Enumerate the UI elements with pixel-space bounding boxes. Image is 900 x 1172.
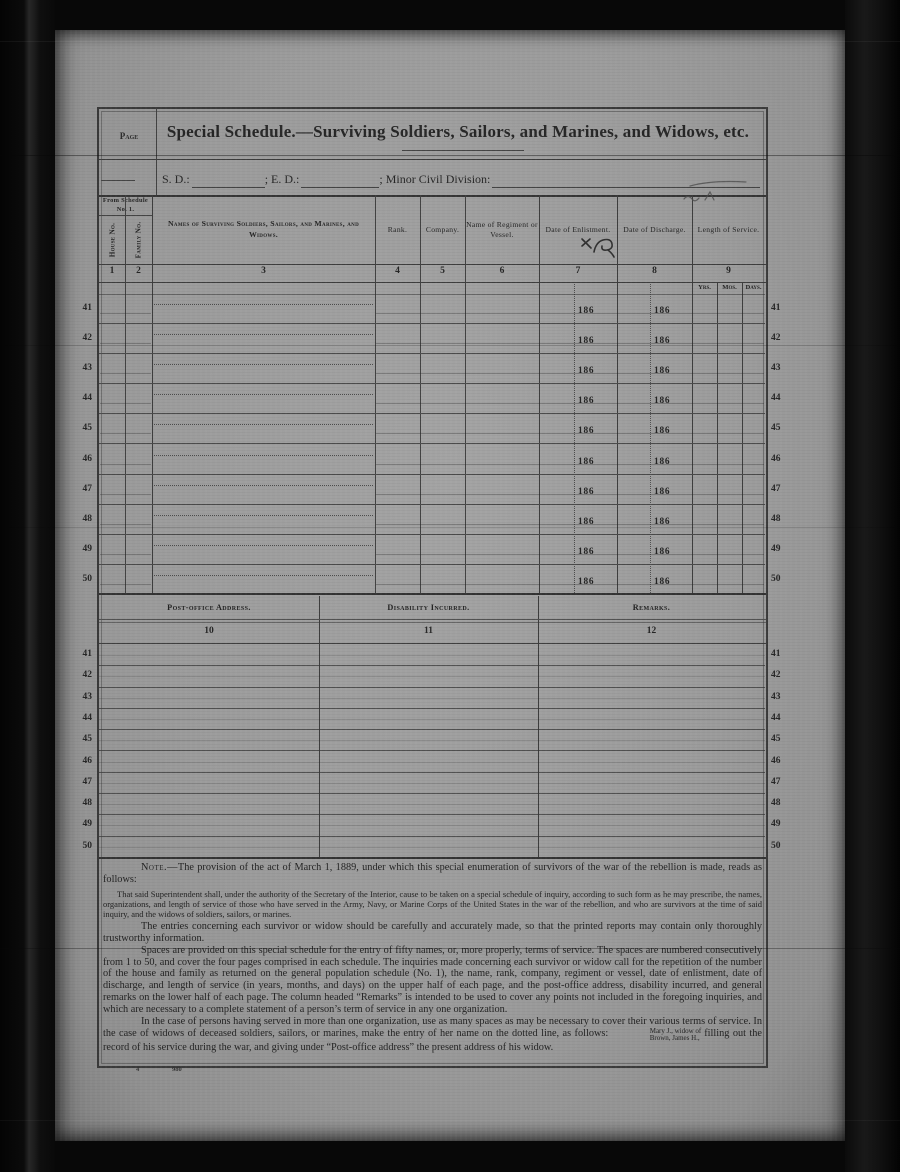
table1-bottom-rule <box>99 593 766 595</box>
row-number-right: 46 <box>771 452 797 466</box>
name-dotted-line <box>154 394 373 395</box>
name-dotted-line <box>154 545 373 546</box>
footer-mark-2: 980 <box>172 1066 182 1073</box>
entry-line <box>99 847 765 848</box>
row-number-right: 47 <box>771 775 797 789</box>
schedule-row: 186186 <box>99 535 765 565</box>
vertical-column-header: House No. <box>99 216 125 264</box>
schedule-row: 186186 <box>99 354 765 384</box>
note-paragraph-4: In the case of persons having served in … <box>103 1016 762 1054</box>
entry-line <box>376 403 764 404</box>
row-number-left: 45 <box>66 421 92 435</box>
column-number: 1 <box>99 266 125 276</box>
schedule-row: 186186 <box>99 475 765 505</box>
row-number-left: 49 <box>66 817 92 831</box>
table2-numrow-rule <box>99 643 766 644</box>
table2-column-number: 11 <box>319 626 538 636</box>
ed-blank <box>301 172 379 188</box>
form-title: Special Schedule.—Surviving Soldiers, Sa… <box>156 122 760 142</box>
entry-line <box>376 373 764 374</box>
column-label: House No. <box>108 223 116 258</box>
entry-line <box>99 762 765 763</box>
entry-line <box>100 403 151 404</box>
ed-label: ; E. D.: <box>265 172 302 188</box>
entry-line <box>100 554 151 555</box>
district-fields-row: S. D.: ; E. D.: ; Minor Civil Division: <box>162 164 760 188</box>
footer-mark-1: 4 <box>136 1066 139 1073</box>
address-row <box>99 645 765 666</box>
table2-bottom-rule <box>99 857 766 859</box>
column-number: 6 <box>465 266 539 276</box>
note-body: The provision of the act of March 1, 188… <box>103 862 762 885</box>
enlistment-year-prefix: 186 <box>578 576 594 588</box>
enlistment-year-prefix: 186 <box>578 546 594 558</box>
table2-column-number: 10 <box>99 626 319 636</box>
row-number-right: 45 <box>771 732 797 746</box>
address-row <box>99 752 765 773</box>
sd-blank <box>192 172 265 188</box>
length-sub-header: Mos. <box>717 284 742 291</box>
row-number-right: 50 <box>771 839 797 853</box>
page-cell-divider <box>156 109 157 195</box>
page-number-blank <box>101 180 135 181</box>
row-number-left: 45 <box>66 732 92 746</box>
row-number-right: 43 <box>771 361 797 375</box>
schedule-row: 186186 <box>99 384 765 414</box>
row-number-right: 47 <box>771 482 797 496</box>
discharge-year-prefix: 186 <box>654 395 670 407</box>
note-lead: Note.— <box>141 862 178 873</box>
discharge-year-prefix: 186 <box>654 335 670 347</box>
discharge-year-prefix: 186 <box>654 516 670 528</box>
column-header: Date of Discharge. <box>618 199 691 261</box>
scan-background-left <box>0 0 55 1172</box>
row-number-right: 48 <box>771 796 797 810</box>
address-row <box>99 666 765 687</box>
column-number: 2 <box>125 266 152 276</box>
entry-line <box>100 373 151 374</box>
row-number-left: 41 <box>66 647 92 661</box>
column-number: 4 <box>375 266 420 276</box>
row-number-left: 43 <box>66 690 92 704</box>
row-number-left: 42 <box>66 331 92 345</box>
enlistment-year-prefix: 186 <box>578 305 594 317</box>
name-dotted-line <box>154 485 373 486</box>
enlistment-year-prefix: 186 <box>578 365 594 377</box>
column-label: Family No. <box>135 222 143 259</box>
enlistment-year-prefix: 186 <box>578 335 594 347</box>
row-number-right: 42 <box>771 668 797 682</box>
column-number: 8 <box>617 266 692 276</box>
table2-column-header: Remarks. <box>538 603 765 612</box>
row-number-left: 44 <box>66 711 92 725</box>
row-number-right: 43 <box>771 690 797 704</box>
entry-line <box>376 584 764 585</box>
entry-line <box>376 464 764 465</box>
discharge-year-prefix: 186 <box>654 576 670 588</box>
discharge-year-prefix: 186 <box>654 486 670 498</box>
enlistment-year-prefix: 186 <box>578 456 594 468</box>
entry-line <box>99 740 765 741</box>
handwriting-mark-pencil <box>678 176 758 206</box>
row-number-right: 49 <box>771 817 797 831</box>
row-number-left: 47 <box>66 775 92 789</box>
entry-line <box>100 584 151 585</box>
entry-line <box>99 825 765 826</box>
note-statute-quote: That said Superintendent shall, under th… <box>103 889 762 919</box>
name-dotted-line <box>154 304 373 305</box>
note-paragraph-1: Note.—The provision of the act of March … <box>103 862 762 886</box>
row-number-left: 46 <box>66 452 92 466</box>
widow-example: Mary J., widow ofBrown, James H., <box>612 1028 702 1042</box>
title-underline <box>402 150 524 151</box>
column-number: 3 <box>152 266 375 276</box>
scan-background-right <box>845 0 900 1172</box>
column-header: Names of Surviving Soldiers, Sailors, an… <box>153 199 374 261</box>
schedule-row: 186186 <box>99 505 765 535</box>
header-band-rule <box>99 195 766 197</box>
scanned-document-page: Page Special Schedule.—Surviving Soldier… <box>0 0 900 1172</box>
schedule-row: 186186 <box>99 324 765 354</box>
entry-line <box>100 313 151 314</box>
schedule-row: 186186 <box>99 414 765 444</box>
address-row <box>99 794 765 815</box>
schedule-row: 186186 <box>99 445 765 475</box>
entry-line <box>99 804 765 805</box>
entry-line <box>376 343 764 344</box>
enlistment-year-prefix: 186 <box>578 395 594 407</box>
enlistment-year-prefix: 186 <box>578 425 594 437</box>
note-paragraph-2: The entries concerning each survivor or … <box>103 921 762 945</box>
mcd-label: ; Minor Civil Division: <box>379 172 492 188</box>
name-dotted-line <box>154 515 373 516</box>
column-number: 9 <box>692 266 765 276</box>
row-number-right: 42 <box>771 331 797 345</box>
row-number-left: 47 <box>66 482 92 496</box>
row-number-left: 48 <box>66 796 92 810</box>
address-row <box>99 837 765 858</box>
row-number-left: 43 <box>66 361 92 375</box>
column-header: Company. <box>421 199 464 261</box>
column-header: Rank. <box>376 199 419 261</box>
row-number-right: 41 <box>771 301 797 315</box>
address-row <box>99 815 765 836</box>
table2-column-number: 12 <box>538 626 765 636</box>
entry-line <box>99 698 765 699</box>
widow-example-line2: Brown, James H., <box>612 1035 702 1042</box>
column-header: Name of Regiment or Vessel. <box>466 199 538 261</box>
name-dotted-line <box>154 424 373 425</box>
row-number-left: 49 <box>66 542 92 556</box>
column-header: Length of Service. <box>693 199 764 261</box>
row-number-right: 49 <box>771 542 797 556</box>
discharge-year-prefix: 186 <box>654 456 670 468</box>
row-number-left: 44 <box>66 391 92 405</box>
column-number: 5 <box>420 266 465 276</box>
row-number-right: 44 <box>771 711 797 725</box>
enlistment-year-prefix: 186 <box>578 516 594 528</box>
entry-line <box>100 494 151 495</box>
entry-line <box>376 313 764 314</box>
row-number-right: 41 <box>771 647 797 661</box>
enlistment-year-prefix: 186 <box>578 486 594 498</box>
entry-line <box>376 433 764 434</box>
discharge-year-prefix: 186 <box>654 305 670 317</box>
title-band-rule <box>99 159 766 160</box>
address-row <box>99 730 765 751</box>
entry-line <box>99 676 765 677</box>
entry-line <box>100 464 151 465</box>
address-row <box>99 773 765 794</box>
entry-line <box>100 343 151 344</box>
discharge-year-prefix: 186 <box>654 425 670 437</box>
name-dotted-line <box>154 334 373 335</box>
entry-line <box>100 524 151 525</box>
row-number-right: 46 <box>771 754 797 768</box>
row-number-left: 50 <box>66 839 92 853</box>
discharge-year-prefix: 186 <box>654 546 670 558</box>
entry-line <box>376 494 764 495</box>
discharge-year-prefix: 186 <box>654 365 670 377</box>
row-number-left: 46 <box>66 754 92 768</box>
sd-label: S. D.: <box>162 172 192 188</box>
row-number-left: 50 <box>66 572 92 586</box>
row-number-right: 45 <box>771 421 797 435</box>
table2-column-header: Post-office Address. <box>99 603 319 612</box>
vertical-column-header: Family No. <box>125 216 152 264</box>
table2-double-rule <box>99 622 766 623</box>
schedule-row: 186186 <box>99 565 765 595</box>
name-dotted-line <box>154 364 373 365</box>
entry-line <box>99 783 765 784</box>
entry-line <box>376 524 764 525</box>
page-label: Page <box>107 131 151 141</box>
row-number-left: 48 <box>66 512 92 526</box>
length-sub-header: Yrs. <box>692 284 717 291</box>
table2-double-rule <box>99 619 766 620</box>
length-sub-header: Days. <box>742 284 765 291</box>
number-row-rule <box>99 282 766 283</box>
entry-line <box>99 719 765 720</box>
address-row <box>99 709 765 730</box>
name-dotted-line <box>154 455 373 456</box>
notes-section: Note.—The provision of the act of March … <box>103 862 762 1054</box>
row-number-left: 41 <box>66 301 92 315</box>
note-paragraph-3: Spaces are provided on this special sche… <box>103 945 762 1016</box>
row-number-right: 44 <box>771 391 797 405</box>
handwriting-mark-enlistment <box>578 233 620 259</box>
name-dotted-line <box>154 575 373 576</box>
entry-line <box>376 554 764 555</box>
schedule-row: 186186 <box>99 294 765 324</box>
column-number: 7 <box>539 266 617 276</box>
row-number-left: 42 <box>66 668 92 682</box>
entry-line <box>100 433 151 434</box>
row-number-right: 48 <box>771 512 797 526</box>
address-row <box>99 688 765 709</box>
number-row-rule <box>99 264 766 265</box>
entry-line <box>99 655 765 656</box>
table2-column-header: Disability Incurred. <box>319 603 538 612</box>
row-number-right: 50 <box>771 572 797 586</box>
